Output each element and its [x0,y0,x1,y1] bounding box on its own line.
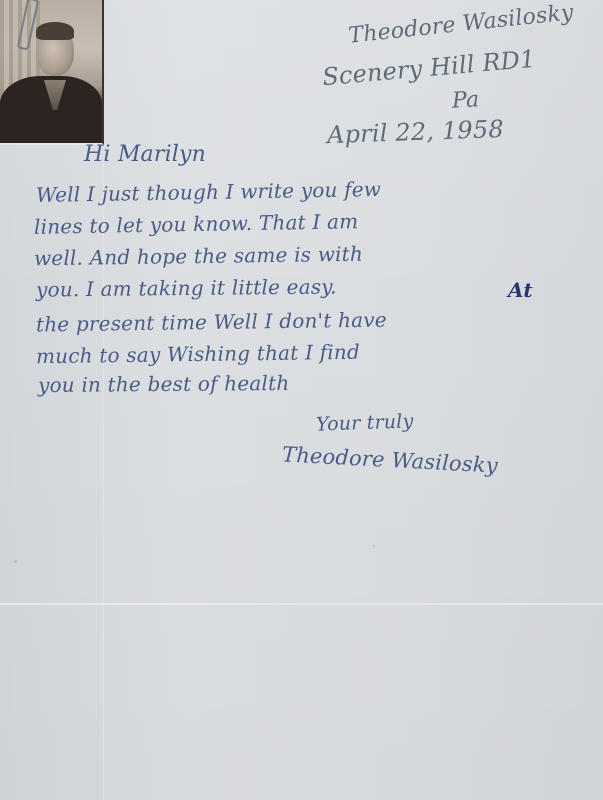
body-line-7: you in the best of health [38,371,290,397]
body-line-2: lines to let you know. That I am [34,209,359,239]
overwritten-word: At [508,278,533,302]
sender-address: Scenery Hill RD1 [321,45,536,92]
paper-fold-horizontal [0,603,603,605]
signature: Theodore Wasilosky [282,442,499,477]
body-line-5: the present time Well I don't have [36,308,387,337]
sender-state: Pa [451,87,480,113]
body-line-3: well. And hope the same is with [34,242,363,271]
body-line-6: much to say Wishing that I find [36,340,360,369]
photo-hair [36,22,74,40]
sender-name: Theodore Wasilosky [347,0,574,48]
body-line-1: Well I just though I write you few [36,177,381,207]
body-line-4: you. I am taking it little easy. [36,274,337,301]
letter-page: Theodore Wasilosky Scenery Hill RD1 Pa A… [0,0,603,800]
letter-date: April 22, 1958 [327,115,505,149]
salutation: Hi Marilyn [84,142,206,167]
paper-speck [373,545,375,547]
closing: Your truly [316,410,414,435]
paper-speck [14,560,17,563]
attached-photo [0,0,104,145]
